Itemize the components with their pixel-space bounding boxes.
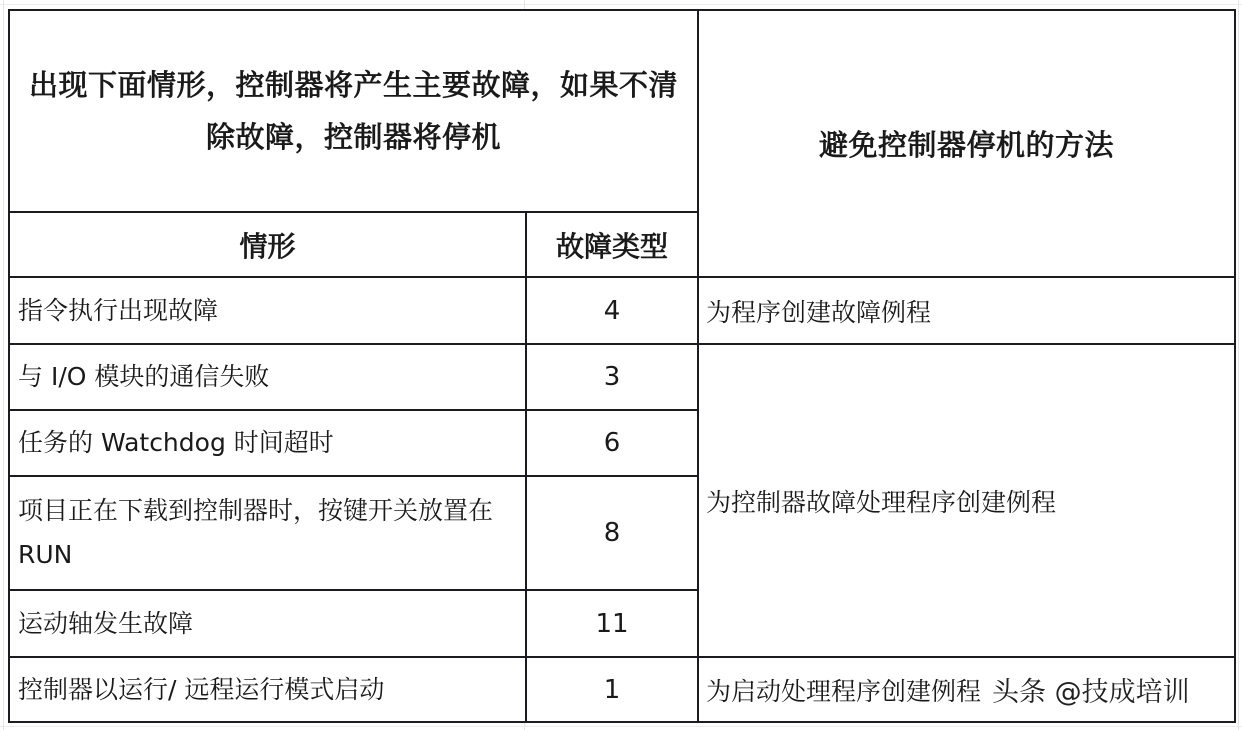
situation-cell: 控制器以运行/ 远程运行模式启动 [9,657,526,722]
fault-type-cell: 11 [526,590,698,657]
title-row: 出现下面情形，控制器将产生主要故障，如果不清除故障，控制器将停机 避免控制器停机… [9,10,1235,212]
method-column-title: 避免控制器停机的方法 [698,10,1235,277]
background-gridline [0,726,1242,727]
situation-cell: 运动轴发生故障 [9,590,526,657]
background-gridline [0,4,1242,5]
situation-cell: 与 I/O 模块的通信失败 [9,344,526,410]
fault-type-cell: 6 [526,410,698,476]
situation-group-title: 出现下面情形，控制器将产生主要故障，如果不清除故障，控制器将停机 [9,10,698,212]
method-cell: 为控制器故障处理程序创建例程 [698,344,1235,657]
situation-cell: 指令执行出现故障 [9,277,526,344]
column-header-situation: 情形 [9,212,526,277]
table-row: 指令执行出现故障 4 为程序创建故障例程 [9,277,1235,344]
method-cell: 为程序创建故障例程 [698,277,1235,344]
fault-type-cell: 8 [526,476,698,590]
method-title-text: 避免控制器停机的方法 [819,128,1114,162]
table-row: 与 I/O 模块的通信失败 3 为控制器故障处理程序创建例程 [9,344,1235,410]
background-gridline [1238,0,1239,730]
controller-fault-table: 出现下面情形，控制器将产生主要故障，如果不清除故障，控制器将停机 避免控制器停机… [8,9,1236,723]
column-header-fault-type: 故障类型 [526,212,698,277]
situation-group-title-text: 出现下面情形，控制器将产生主要故障，如果不清除故障，控制器将停机 [29,68,678,154]
fault-type-cell: 1 [526,657,698,722]
fault-type-cell: 3 [526,344,698,410]
watermark: 头条 @技成培训 [992,670,1190,709]
situation-cell: 任务的 Watchdog 时间超时 [9,410,526,476]
background-gridline [3,0,4,730]
fault-type-cell: 4 [526,277,698,344]
situation-cell: 项目正在下载到控制器时，按键开关放置在 RUN [9,476,526,590]
